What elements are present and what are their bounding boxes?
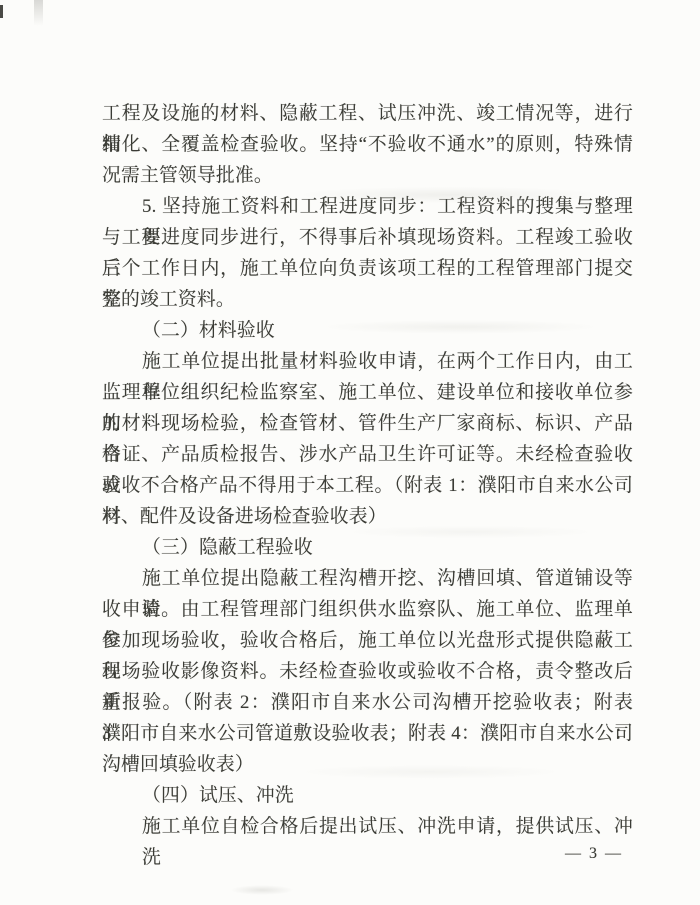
page-number: — 3 — [565,843,623,865]
text-line: 沟槽回填验收表） [102,749,633,780]
scan-edge-smudge [34,0,43,26]
text-line: 与工程进度同步进行，不得事后补填现场资料。工程竣工验收后 [102,222,633,253]
text-line: 濮阳市自来水公司管道敷设验收表；附表 4：濮阳市自来水公司 [102,718,633,749]
text-line: 施工单位自检合格后提出试压、冲洗申请，提供试压、冲洗 [102,811,633,842]
text-line: 监理单位组织纪检监察室、施工单位、建设单位和接收单位参加 [102,377,633,408]
text-line: （四）试压、冲洗 [102,780,633,811]
text-line: 施工单位提出隐蔽工程沟槽开挖、沟槽回填、管道铺设等验 [102,563,633,594]
text-line: 整的竣工资料。 [102,284,633,315]
document-body: 工程及设施的材料、隐蔽工程、试压冲洗、竣工情况等，进行精细化、全覆盖检查验收。坚… [102,98,633,842]
text-line: 施工单位提出批量材料验收申请，在两个工作日内，由工程 [102,346,633,377]
text-line: 细化、全覆盖检查验收。坚持“不验收不通水”的原则，特殊情 [102,129,633,160]
text-line: 三个工作日内，施工单位向负责该项工程的工程管理部门提交完 [102,253,633,284]
text-line: 料、配件及设备进场检查验收表） [102,501,633,532]
text-line: 现场验收影像资料。未经检查验收或验收不合格，责令整改后重 [102,656,633,687]
text-line: 况需主管领导批准。 [102,160,633,191]
text-line: （三）隐蔽工程验收 [102,532,633,563]
text-line: 工程及设施的材料、隐蔽工程、试压冲洗、竣工情况等，进行精 [102,98,633,129]
text-line: 收申请。由工程管理部门组织供水监察队、施工单位、监理单位 [102,594,633,625]
scan-edge-mark [0,5,3,18]
scanned-document-page: 工程及设施的材料、隐蔽工程、试压冲洗、竣工情况等，进行精细化、全覆盖检查验收。坚… [0,0,700,905]
text-line: 的材料现场检验，检查管材、管件生产厂家商标、标识、产品合 [102,408,633,439]
text-line: 格证、产品质检报告、涉水产品卫生许可证等。未经检查验收或 [102,439,633,470]
text-line: 验收不合格产品不得用于本工程。（附表 1：濮阳市自来水公司材 [102,470,633,501]
text-line: 5. 坚持施工资料和工程进度同步：工程资料的搜集与整理要 [102,191,633,222]
text-line: （二）材料验收 [102,315,633,346]
text-line: 新报验。（附表 2：濮阳市自来水公司沟槽开挖验收表；附表 3： [102,687,633,718]
text-line: 参加现场验收，验收合格后，施工单位以光盘形式提供隐蔽工程 [102,625,633,656]
